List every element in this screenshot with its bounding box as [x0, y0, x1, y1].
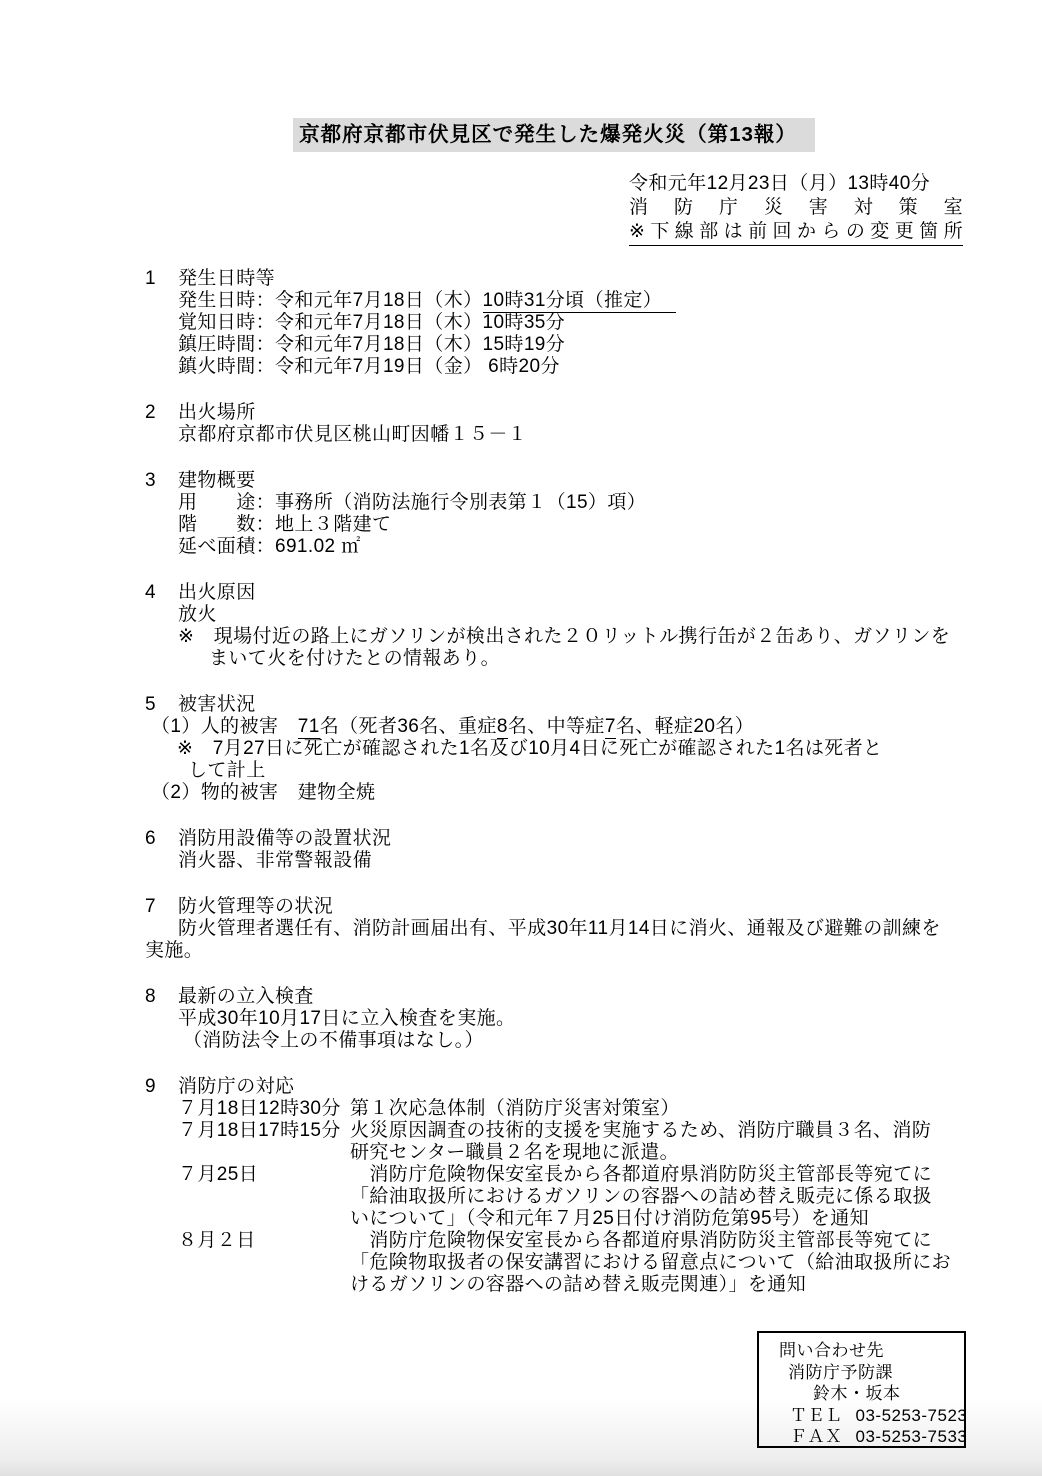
section-4-heading: 出火原因: [178, 582, 256, 604]
equipment-list-line: 消火器、非常警報設備: [145, 850, 963, 872]
section-fire-management: 7 防火管理等の状況 防火管理者選任有、消防計画届出有、平成30年11月14日に…: [145, 896, 963, 962]
inspection-line-2: （消防法令上の不備事項はなし。）: [145, 1030, 963, 1052]
section-6-heading: 消防用設備等の設置状況: [178, 828, 391, 850]
occurrence-time-line: 発生日時：令和元年7月18日（木）10時31分頃（推定）: [145, 290, 963, 312]
section-3-number: 3: [145, 470, 178, 492]
contact-box: 問い合わせ先 消防庁予防課 鈴木・坂本 ＴＥＬ03-5253-7523 ＦＡＸ0…: [757, 1331, 966, 1448]
revision-note: ※下線部は前回からの変更箇所: [629, 220, 963, 246]
section-7-heading-row: 7 防火管理等の状況: [145, 896, 963, 918]
timeline-row-1: ７月18日12時30分 第１次応急体制（消防庁災害対策室）: [145, 1098, 963, 1120]
section-latest-inspection: 8 最新の立入検査 平成30年10月17日に立入検査を実施。 （消防法令上の不備…: [145, 986, 963, 1052]
inspection-line-1: 平成30年10月17日に立入検査を実施。: [145, 1008, 963, 1030]
extinguishment-time-line: 鎮火時間：令和元年7月19日（金） 6時20分: [145, 356, 963, 378]
cause-note-line-1: ※ 現場付近の路上にガソリンが検出された２０リットル携行缶が２缶あり、ガソリンを: [145, 626, 963, 648]
section-occurrence-datetime: 1 発生日時等 発生日時：令和元年7月18日（木）10時31分頃（推定） 覚知日…: [145, 268, 963, 378]
section-7-heading: 防火管理等の状況: [178, 896, 333, 918]
building-floors-line: 階 数：地上３階建て: [145, 514, 963, 536]
timeline-row-4: ８月２日 消防庁危険物保安室長から各都道府県消防防災主管部長等宛てに 「危険物取…: [145, 1230, 963, 1296]
section-fdma-response: 9 消防庁の対応 ７月18日12時30分 第１次応急体制（消防庁災害対策室） ７…: [145, 1076, 963, 1296]
contact-fax-number: 03-5253-7533: [856, 1427, 968, 1446]
section-building-overview: 3 建物概要 用 途：事務所（消防法施行令別表第１（15）項） 階 数：地上３階…: [145, 470, 963, 558]
timeline-desc-4-line-3: けるガソリンの容器への詰め替え販売関連）」を通知: [350, 1274, 963, 1296]
section-1-heading-row: 1 発生日時等: [145, 268, 963, 290]
timeline-desc-3-line-2: 「給油取扱所におけるガソリンの容器への詰め替え販売に係る取扱: [350, 1186, 963, 1208]
occurrence-time-label: 発生日時：令和元年7月18日（木）: [178, 290, 483, 311]
suppression-time-line: 鎮圧時間：令和元年7月18日（木）15時19分: [145, 334, 963, 356]
section-8-heading-row: 8 最新の立入検査: [145, 986, 963, 1008]
section-9-heading: 消防庁の対応: [178, 1076, 294, 1098]
section-5-heading: 被害状況: [178, 694, 256, 716]
detection-time-line: 覚知日時：令和元年7月18日（木）10時35分: [145, 312, 963, 334]
section-6-heading-row: 6 消防用設備等の設置状況: [145, 828, 963, 850]
property-damage-line: （2）物的被害 建物全焼: [145, 782, 963, 804]
fire-management-line-2: 実施。: [145, 940, 963, 962]
fire-management-line-1: 防火管理者選任有、消防計画届出有、平成30年11月14日に消火、通報及び避難の訓…: [145, 918, 963, 940]
building-use-line: 用 途：事務所（消防法施行令別表第１（15）項）: [145, 492, 963, 514]
timeline-row-2: ７月18日17時15分 火災原因調査の技術的支援を実施するため、消防庁職員３名、…: [145, 1120, 963, 1164]
fire-location-address: 京都府京都市伏見区桃山町因幡１５－１: [145, 424, 963, 446]
building-area-line: 延べ面積：691.02 ㎡: [145, 536, 963, 558]
timeline-desc-3: 消防庁危険物保安室長から各都道府県消防防災主管部長等宛てに 「給油取扱所における…: [350, 1164, 963, 1230]
section-fire-location: 2 出火場所 京都府京都市伏見区桃山町因幡１５－１: [145, 402, 963, 446]
cause-note-line-2: まいて火を付けたとの情報あり。: [145, 648, 963, 670]
sections: 1 発生日時等 発生日時：令和元年7月18日（木）10時31分頃（推定） 覚知日…: [145, 268, 963, 1296]
timeline-desc-2-line-1: 火災原因調査の技術的支援を実施するため、消防庁職員３名、消防: [350, 1120, 963, 1142]
document-content: 京都府京都市伏見区で発生した爆発火災（第13報） 令和元年12月23日（月）13…: [145, 118, 963, 1320]
human-damage-total: 71: [298, 716, 320, 739]
human-damage-mid-1: 名（死者36名、重症: [320, 716, 497, 737]
title-row: 京都府京都市伏見区で発生した爆発火災（第13報）: [145, 118, 963, 152]
section-2-number: 2: [145, 402, 178, 424]
timeline-row-3: ７月25日 消防庁危険物保安室長から各都道府県消防防災主管部長等宛てに 「給油取…: [145, 1164, 963, 1230]
timeline-date-3: ７月25日: [178, 1164, 350, 1230]
section-fire-cause: 4 出火原因 放火 ※ 現場付近の路上にガソリンが検出された２０リットル携行缶が…: [145, 582, 963, 670]
contact-persons: 鈴木・坂本: [759, 1383, 964, 1405]
contact-tel-line: ＴＥＬ03-5253-7523: [759, 1405, 964, 1427]
section-9-heading-row: 9 消防庁の対応: [145, 1076, 963, 1098]
section-3-heading: 建物概要: [178, 470, 256, 492]
timeline-desc-4-line-1: 消防庁危険物保安室長から各都道府県消防防災主管部長等宛てに: [350, 1230, 963, 1252]
section-9-number: 9: [145, 1076, 178, 1098]
section-6-number: 6: [145, 828, 178, 850]
section-2-heading-row: 2 出火場所: [145, 402, 963, 424]
damage-note-line-1: ※ 7月27日に死亡が確認された1名及び10月4日に死亡が確認された1名は死者と: [145, 738, 963, 760]
damage-note-line-2: して計上: [145, 760, 963, 782]
contact-heading: 問い合わせ先: [759, 1340, 964, 1362]
timeline-desc-4-line-2: 「危険物取扱者の保安講習における留意点について（給油取扱所にお: [350, 1252, 963, 1274]
report-datetime: 令和元年12月23日（月）13時40分: [629, 172, 963, 196]
section-1-number: 1: [145, 268, 178, 290]
timeline-desc-3-line-1: 消防庁危険物保安室長から各都道府県消防防災主管部長等宛てに: [350, 1164, 963, 1186]
timeline-desc-1-line-1: 第１次応急体制（消防庁災害対策室）: [350, 1098, 963, 1120]
human-damage-mid-2: 名、中等症: [508, 716, 605, 737]
timeline-desc-2: 火災原因調査の技術的支援を実施するため、消防庁職員３名、消防 研究センター職員２…: [350, 1120, 963, 1164]
human-damage-moderate: 7: [605, 716, 616, 739]
occurrence-time-underlined: 10時31分頃（推定）: [483, 290, 677, 313]
contact-division: 消防庁予防課: [759, 1362, 964, 1384]
section-4-number: 4: [145, 582, 178, 604]
section-2-heading: 出火場所: [178, 402, 256, 424]
section-fire-equipment: 6 消防用設備等の設置状況 消火器、非常警報設備: [145, 828, 963, 872]
timeline-desc-4: 消防庁危険物保安室長から各都道府県消防防災主管部長等宛てに 「危険物取扱者の保安…: [350, 1230, 963, 1296]
contact-fax-line: ＦＡＸ03-5253-7533: [759, 1426, 964, 1448]
section-7-number: 7: [145, 896, 178, 918]
section-damage-status: 5 被害状況 （1）人的被害 71名（死者36名、重症8名、中等症7名、軽症20…: [145, 694, 963, 804]
human-damage-suffix: 名、軽症20名）: [616, 716, 754, 737]
section-8-heading: 最新の立入検査: [178, 986, 314, 1008]
human-damage-line: （1）人的被害 71名（死者36名、重症8名、中等症7名、軽症20名）: [145, 716, 963, 738]
section-5-number: 5: [145, 694, 178, 716]
timeline-date-2: ７月18日17時15分: [178, 1120, 350, 1164]
document-page: 京都府京都市伏見区で発生した爆発火災（第13報） 令和元年12月23日（月）13…: [0, 0, 1042, 1476]
human-damage-severe: 8: [497, 716, 508, 739]
timeline-date-1: ７月18日12時30分: [178, 1098, 350, 1120]
section-4-heading-row: 4 出火原因: [145, 582, 963, 604]
timeline-date-4: ８月２日: [178, 1230, 350, 1296]
timeline-desc-3-line-3: いについて」（令和元年７月25日付け消防危第95号）を通知: [350, 1208, 963, 1230]
contact-fax-label: ＦＡＸ: [790, 1427, 843, 1446]
section-1-heading: 発生日時等: [178, 268, 275, 290]
contact-tel-label: ＴＥＬ: [790, 1406, 843, 1425]
section-8-number: 8: [145, 986, 178, 1008]
timeline-desc-1: 第１次応急体制（消防庁災害対策室）: [350, 1098, 963, 1120]
section-5-heading-row: 5 被害状況: [145, 694, 963, 716]
report-meta: 令和元年12月23日（月）13時40分 消防庁災害対策室 ※下線部は前回からの変…: [629, 172, 963, 246]
timeline-desc-2-line-2: 研究センター職員２名を現地に派遣。: [350, 1142, 963, 1164]
human-damage-prefix: （1）人的被害: [151, 716, 298, 737]
section-3-heading-row: 3 建物概要: [145, 470, 963, 492]
contact-tel-number: 03-5253-7523: [856, 1406, 968, 1425]
fire-cause-line: 放火: [145, 604, 963, 626]
page-title: 京都府京都市伏見区で発生した爆発火災（第13報）: [293, 118, 815, 152]
issuing-department: 消防庁災害対策室: [629, 196, 963, 220]
